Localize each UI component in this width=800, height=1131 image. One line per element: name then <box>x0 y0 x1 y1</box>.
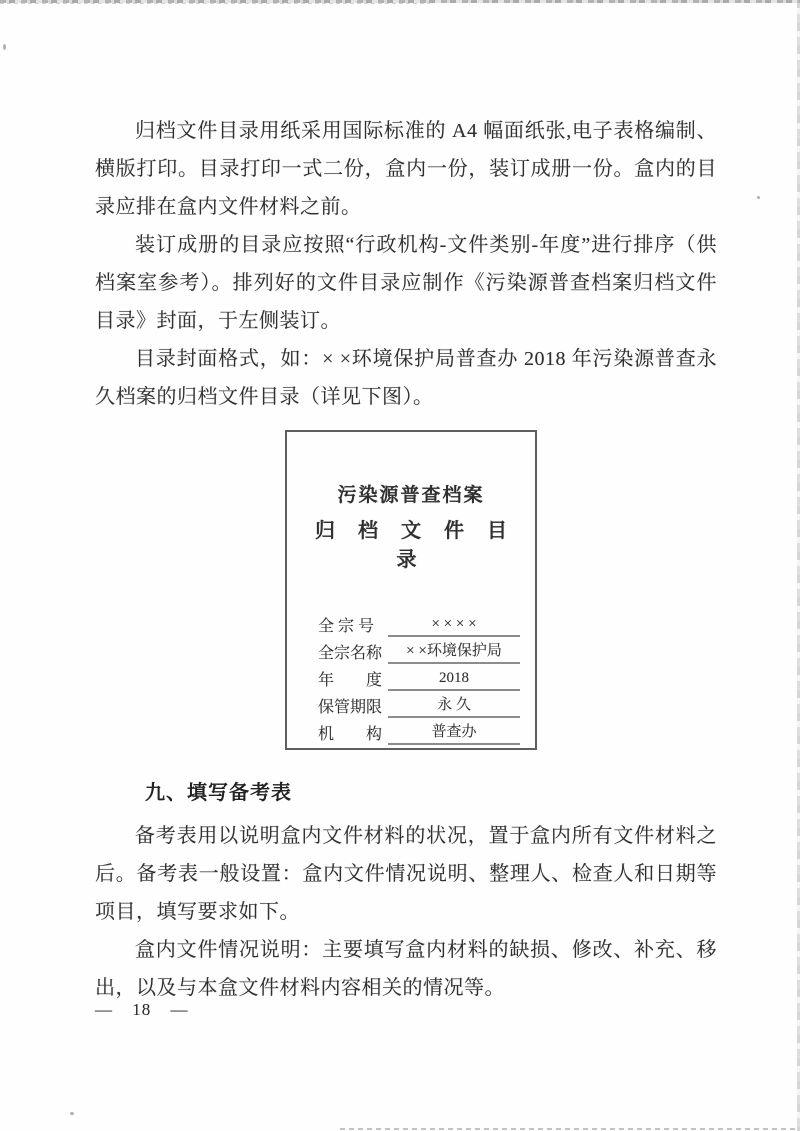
field-row-retention-period: 保管期限 永 久 <box>318 691 535 718</box>
paragraph-directory-paper-spec: 归档文件目录用纸采用国际标准的 A4 幅面纸张,电子表格编制、横版打印。目录打印… <box>95 112 717 226</box>
cover-title-line1: 污染源普查档案 <box>287 480 535 507</box>
paragraph-binding-order: 装订成册的目录应按照“行政机构-文件类别-年度”进行排序（供档案室参考）。排列好… <box>95 226 717 340</box>
field-label-retention-period: 保管期限 <box>318 698 386 718</box>
paragraph-box-file-condition: 盒内文件情况说明：主要填写盒内材料的缺损、修改、补充、移出，以及与本盒文件材料内… <box>95 931 717 1007</box>
scan-speck <box>757 196 760 199</box>
scan-artifact-top-edge-secondary <box>0 3 430 4</box>
page-number: 18 <box>132 1000 151 1019</box>
field-row-fonds-number: 全 宗 号 × × × × <box>318 610 535 637</box>
scanned-document-page: 归档文件目录用纸采用国际标准的 A4 幅面纸张,电子表格编制、横版打印。目录打印… <box>0 0 800 1131</box>
page-number-footer: — 18 — <box>95 1000 189 1020</box>
field-value-organization: 普查办 <box>388 723 520 745</box>
field-label-organization: 机 构 <box>318 725 386 745</box>
cover-title-line2: 归 档 文 件 目 录 <box>287 514 535 572</box>
document-body: 归档文件目录用纸采用国际标准的 A4 幅面纸张,电子表格编制、横版打印。目录打印… <box>95 112 717 1007</box>
scan-artifact-bottom-edge <box>340 1128 797 1130</box>
field-row-year: 年 度 2018 <box>318 664 535 691</box>
field-value-year: 2018 <box>388 669 520 691</box>
field-label-fonds-name: 全宗名称 <box>318 644 386 664</box>
scan-speck <box>3 44 6 50</box>
scan-speck <box>70 1112 74 1115</box>
field-value-fonds-number: × × × × <box>388 615 520 637</box>
footer-dash-left: — <box>95 1000 113 1019</box>
field-label-year: 年 度 <box>318 671 386 691</box>
section-heading-nine: 九、填写备考表 <box>145 776 717 805</box>
footer-dash-right: — <box>171 1000 189 1019</box>
paragraph-cover-format-intro: 目录封面格式，如：× ×环境保护局普查办 2018 年污染源普查永久档案的归档文… <box>95 340 717 416</box>
cover-page-example-box: 污染源普查档案 归 档 文 件 目 录 全 宗 号 × × × × 全宗名称 ×… <box>285 430 537 750</box>
cover-fields: 全 宗 号 × × × × 全宗名称 × ×环境保护局 年 度 2018 保管期… <box>287 610 535 745</box>
scan-artifact-top-edge <box>0 0 800 3</box>
paragraph-beikao-table-purpose: 备考表用以说明盒内文件材料的状况，置于盒内所有文件材料之后。备考表一般设置：盒内… <box>95 817 717 931</box>
field-label-fonds-number: 全 宗 号 <box>318 617 386 637</box>
field-row-organization: 机 构 普查办 <box>318 718 535 745</box>
field-row-fonds-name: 全宗名称 × ×环境保护局 <box>318 637 535 664</box>
field-value-fonds-name: × ×环境保护局 <box>388 642 520 664</box>
field-value-retention-period: 永 久 <box>388 696 520 718</box>
